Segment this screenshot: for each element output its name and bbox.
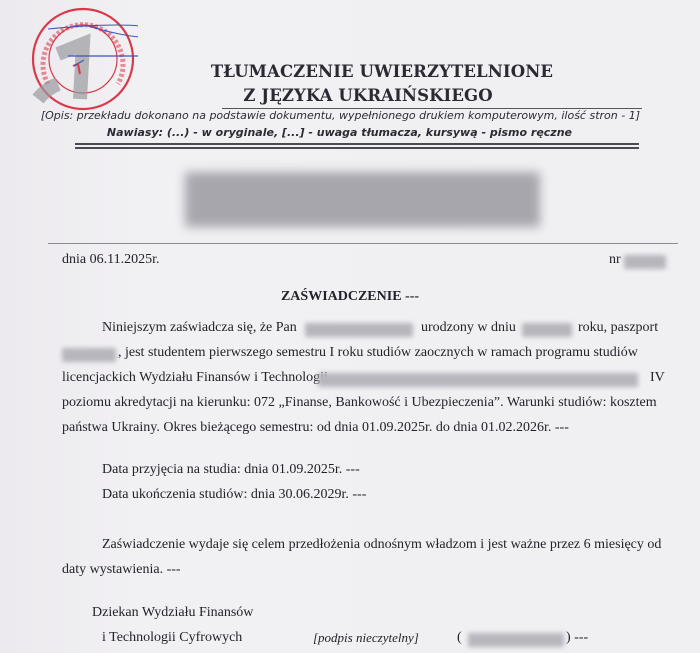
translation-description: [Opis: przekładu dokonano na podstawie d…: [41, 109, 640, 122]
paragraph1-line5: państwa Ukrainy. Okres bieżącego semestr…: [62, 420, 569, 436]
validity-line2: daty wystawienia. ---: [62, 562, 181, 578]
issue-date: dnia 06.11.2025r.: [62, 252, 159, 268]
redacted-student-name: [305, 323, 413, 337]
redacted-passport-number: [62, 348, 116, 362]
signature-note: [podpis nieczytelny]: [313, 630, 419, 646]
certificate-heading: ZAŚWIADCZENIE ---: [0, 289, 700, 305]
redacted-document-number: [624, 255, 666, 269]
header-double-rule-top: [75, 143, 639, 145]
doc-title-line1: TŁUMACZENIE UWIERZYTELNIONE: [32, 62, 700, 81]
paragraph1-line1a: Niniejszym zaświadcza się, że Pan: [102, 320, 297, 336]
dean-name-close: ) ---: [566, 630, 588, 646]
redacted-birth-date: [522, 323, 572, 337]
redacted-dean-name: [468, 633, 564, 647]
graduation-date: Data ukończenia studiów: dnia 30.06.2029…: [102, 487, 366, 503]
dean-title-line2: i Technologii Cyfrowych: [102, 630, 242, 646]
paragraph1-line2: , jest studentem pierwszego semestru I r…: [118, 345, 638, 361]
redacted-institution-name: [185, 172, 540, 227]
letterhead-divider: [48, 243, 678, 244]
redacted-university-name: [318, 373, 638, 387]
paragraph1-line4: poziomu akredytacji na kierunku: 072 „Fi…: [62, 395, 657, 411]
paragraph1-line3a: licencjackich Wydziału Finansów i Techno…: [62, 370, 328, 386]
document-number-label: nr: [609, 252, 621, 268]
validity-line1: Zaświadczenie wydaje się celem przedłoże…: [102, 537, 661, 553]
dean-title-line1: Dziekan Wydziału Finansów: [92, 605, 253, 621]
admission-date: Data przyjęcia na studia: dnia 01.09.202…: [102, 462, 360, 478]
dean-name-open: (: [457, 630, 462, 646]
header-double-rule-bottom: [75, 147, 639, 149]
brackets-legend: Nawiasy: (...) - w oryginale, [...] - uw…: [107, 126, 572, 139]
paragraph1-line1c: roku, paszport: [578, 320, 658, 336]
paragraph1-line1b: urodzony w dniu: [421, 320, 516, 336]
doc-title-line2: Z JĘZYKA UKRAIŃSKIEGO: [18, 86, 700, 105]
paragraph1-line3b: IV: [650, 370, 665, 386]
document-page: TŁUMACZENIE UWIERZYTELNIONE Z JĘZYKA UKR…: [0, 0, 700, 653]
